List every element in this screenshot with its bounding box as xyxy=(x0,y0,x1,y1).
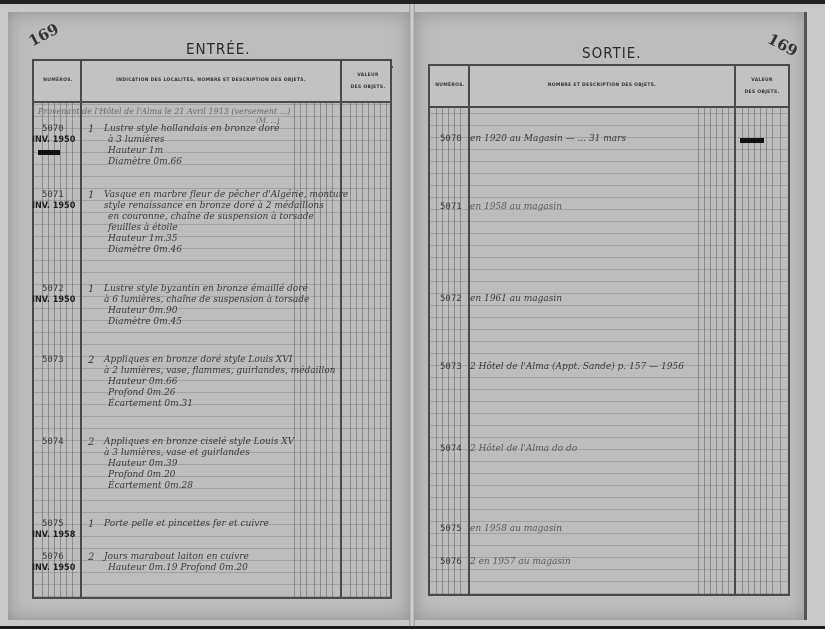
redacted-mark xyxy=(38,150,60,155)
entry-quantity: 1 xyxy=(88,124,94,135)
page-number: 169 xyxy=(764,30,800,61)
entry-quantity: 1 xyxy=(88,190,94,201)
inventory-stamp: INV. 1950 xyxy=(32,201,75,211)
entry-description-line: Hauteur 0m.39 xyxy=(108,459,178,470)
entry-number: 5071 xyxy=(42,190,64,200)
page-number: 169 xyxy=(26,20,62,51)
exit-description: 2 Hôtel de l'Alma do do xyxy=(470,444,577,455)
entry-description-line: en couronne, chaîne de suspension à tors… xyxy=(108,212,314,223)
entry-description-line: à 3 lumières, vase et guirlandes xyxy=(104,448,250,459)
entry-description-line: Appliques en bronze ciselé style Louis X… xyxy=(104,437,294,448)
entry-quantity: 1 xyxy=(88,284,94,295)
entry-description-line: Profond 0m.20 xyxy=(108,470,176,481)
entry-number: 5070 xyxy=(42,124,64,134)
column-divider xyxy=(734,66,736,594)
header-numbers: NUMÉROS. xyxy=(38,78,78,83)
entry-number: 5074 xyxy=(440,444,462,454)
inventory-stamp: INV. 1950 xyxy=(32,295,75,305)
page-title: ENTRÉE. xyxy=(186,40,251,58)
entry-description-line: à 3 lumières xyxy=(108,135,164,146)
entry-description-line: Lustre style hollandais en bronze doré xyxy=(104,124,280,135)
header-description: INDICATION DES LOCALITÉS, NOMBRE ET DESC… xyxy=(86,78,336,83)
table-header: NUMÉROS. INDICATION DES LOCALITÉS, NOMBR… xyxy=(34,61,390,103)
entry-number: 5076 xyxy=(42,552,64,562)
header-value-2: DES OBJETS. xyxy=(736,90,788,95)
column-divider xyxy=(80,61,82,597)
entry-description-line: Hauteur 0m.90 xyxy=(108,306,178,317)
entry-description-line: style renaissance en bronze doré à 2 méd… xyxy=(104,201,324,212)
entry-number: 5076 xyxy=(440,557,462,567)
entry-description-line: Profond 0m.26 xyxy=(108,388,176,399)
entry-number: 5072 xyxy=(440,294,462,304)
entry-quantity: 2 xyxy=(88,437,94,448)
redacted-mark xyxy=(740,138,764,143)
entry-description-line: Diamètre 0m.66 xyxy=(108,157,182,168)
entry-description-line: Jours marabout laiton en cuivre xyxy=(104,552,249,563)
header-value-1: VALEUR xyxy=(344,73,392,78)
column-divider xyxy=(468,66,470,594)
entry-number: 5075 xyxy=(42,519,64,529)
left-page-entree: 169 ENTRÉE. NUMÉROS. INDICATION DES LOCA… xyxy=(8,12,410,620)
entry-number: 5074 xyxy=(42,437,64,447)
entry-description-line: Écartement 0m.31 xyxy=(108,399,193,410)
entry-description-line: Écartement 0m.28 xyxy=(108,481,193,492)
entry-description-line: Hauteur 1m.35 xyxy=(108,234,178,245)
entry-table: NUMÉROS. INDICATION DES LOCALITÉS, NOMBR… xyxy=(32,59,392,599)
inventory-stamp: INV. 1958 xyxy=(32,530,75,540)
column-divider xyxy=(340,61,342,597)
entry-number: 5071 xyxy=(440,202,462,212)
entry-description-line: Lustre style byzantin en bronze émaillé … xyxy=(104,284,308,295)
entry-description-line: feuilles à étoile xyxy=(108,223,178,234)
exit-description: en 1961 au magasin xyxy=(470,294,562,305)
inventory-stamp: INV. 1950 xyxy=(32,135,75,145)
entry-quantity: 2 xyxy=(88,355,94,366)
entry-description-line: Appliques en bronze doré style Louis XVI xyxy=(104,355,292,366)
exit-description: en 1958 au magasin xyxy=(470,202,562,213)
right-page-sortie: 169 SORTIE. NUMÉROS. NOMBRE ET DESCRIPTI… xyxy=(414,12,806,620)
header-numbers: NUMÉROS. xyxy=(432,83,468,88)
entry-number: 5070 xyxy=(440,134,462,144)
header-value-1: VALEUR xyxy=(736,78,788,83)
exit-description: 2 Hôtel de l'Alma (Appt. Sande) p. 157 —… xyxy=(470,362,684,373)
entry-description-line: Vasque en marbre fleur de pêcher d'Algér… xyxy=(104,190,348,201)
entry-description-line: Hauteur 1m xyxy=(108,146,163,157)
page-title: SORTIE. xyxy=(582,44,642,62)
entry-quantity: 2 xyxy=(88,552,94,563)
page-edge xyxy=(804,12,807,620)
header-description: NOMBRE ET DESCRIPTION DES OBJETS. xyxy=(472,83,732,88)
inventory-stamp: INV. 1950 xyxy=(32,563,75,573)
entry-description-line: Diamètre 0m.45 xyxy=(108,317,182,328)
entry-number: 5072 xyxy=(42,284,64,294)
ledger-spread: 169 ENTRÉE. NUMÉROS. INDICATION DES LOCA… xyxy=(0,4,825,626)
exit-description: en 1958 au magasin xyxy=(470,524,562,535)
entry-description-line: Diamètre 0m.46 xyxy=(108,245,182,256)
exit-description: 2 en 1957 au magasin xyxy=(470,557,571,568)
heading-note: Provenant de l'Hôtel de l'Alma le 21 Avr… xyxy=(38,106,290,117)
entry-number: 5073 xyxy=(42,355,64,365)
exit-description: en 1920 au Magasin — ... 31 mars xyxy=(470,134,626,145)
entry-number: 5075 xyxy=(440,524,462,534)
entry-number: 5073 xyxy=(440,362,462,372)
entry-description-line: à 6 lumières, chaîne de suspension à tor… xyxy=(104,295,309,306)
header-value-2: DES OBJETS. xyxy=(344,85,392,90)
entry-quantity: 1 xyxy=(88,519,94,530)
entry-description-line: Hauteur 0m.19 Profond 0m.20 xyxy=(108,563,248,574)
entry-description-line: Porte pelle et pincettes fer et cuivre xyxy=(104,519,269,530)
entry-description-line: Hauteur 0m.66 xyxy=(108,377,178,388)
entry-description-line: à 2 lumières, vase, flammes, guirlandes,… xyxy=(104,366,335,377)
